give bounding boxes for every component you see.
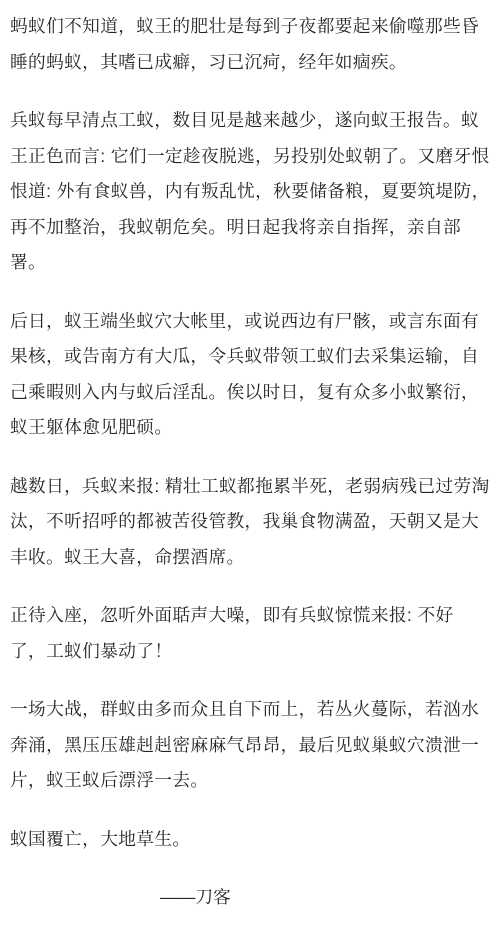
text-line: 奔涌，黑压压雄赳赳密麻麻气昂昂，最后见蚁巢蚁穴溃泄一: [10, 728, 492, 764]
paragraph: 兵蚁每早清点工蚁，数目见是越来越少，遂向蚁王报告。蚁王正色而言: 它们一定趁夜脱…: [10, 103, 492, 281]
text-line: 正待入座，忽听外面聒声大噪，即有兵蚁惊慌来报: 不好: [10, 598, 492, 634]
paragraph: 蚂蚁们不知道，蚁王的肥壮是每到子夜都要起来偷噬那些昏睡的蚂蚁，其嗜已成癖，习已沉…: [10, 9, 492, 80]
story-text: 蚂蚁们不知道，蚁王的肥壮是每到子夜都要起来偷噬那些昏睡的蚂蚁，其嗜已成癖，习已沉…: [10, 9, 492, 857]
text-line: 了，工蚁们暴动了！: [10, 634, 492, 670]
paragraph: 后日，蚁王端坐蚁穴大帐里，或说西边有尸骸，或言东面有果核，或告南方有大瓜，令兵蚁…: [10, 304, 492, 446]
text-line: 一场大战，群蚁由多而众且自下而上，若丛火蔓际，若汹水: [10, 692, 492, 728]
text-line: 片，蚁王蚁后漂浮一去。: [10, 763, 492, 799]
text-line: 越数日，兵蚁来报: 精壮工蚁都拖累半死，老弱病残已过劳淘: [10, 469, 492, 505]
document-page: 蚂蚁们不知道，蚁王的肥壮是每到子夜都要起来偷噬那些昏睡的蚂蚁，其嗜已成癖，习已沉…: [0, 0, 500, 927]
text-line: 睡的蚂蚁，其嗜已成癖，习已沉疴，经年如痼疾。: [10, 45, 492, 81]
text-line: 丰收。蚁王大喜，命摆酒席。: [10, 540, 492, 576]
author-signature: ——刀客: [10, 880, 492, 916]
text-line: 再不加整治，我蚁朝危矣。明日起我将亲自指挥，亲自部: [10, 210, 492, 246]
text-line: 己乘暇则入内与蚁后淫乱。俟以时日，复有众多小蚁繁衍，: [10, 375, 492, 411]
text-line: 后日，蚁王端坐蚁穴大帐里，或说西边有尸骸，或言东面有: [10, 304, 492, 340]
paragraph: 一场大战，群蚁由多而众且自下而上，若丛火蔓际，若汹水奔涌，黑压压雄赳赳密麻麻气昂…: [10, 692, 492, 799]
text-line: 兵蚁每早清点工蚁，数目见是越来越少，遂向蚁王报告。蚁: [10, 103, 492, 139]
paragraph: 正待入座，忽听外面聒声大噪，即有兵蚁惊慌来报: 不好了，工蚁们暴动了！: [10, 598, 492, 669]
text-line: 汰，不听招呼的都被苦役管教，我巢食物满盈，天朝又是大: [10, 504, 492, 540]
text-line: 蚁国覆亡，大地草生。: [10, 822, 492, 858]
paragraph: 越数日，兵蚁来报: 精壮工蚁都拖累半死，老弱病残已过劳淘汰，不听招呼的都被苦役管…: [10, 469, 492, 576]
text-line: 蚂蚁们不知道，蚁王的肥壮是每到子夜都要起来偷噬那些昏: [10, 9, 492, 45]
text-line: 蚁王躯体愈见肥硕。: [10, 410, 492, 446]
paragraph: 蚁国覆亡，大地草生。: [10, 822, 492, 858]
text-line: 署。: [10, 245, 492, 281]
text-line: 恨道: 外有食蚁兽，内有叛乱忧，秋要储备粮，夏要筑堤防，: [10, 174, 492, 210]
text-line: 果核，或告南方有大瓜，令兵蚁带领工蚁们去采集运输，自: [10, 339, 492, 375]
text-line: 王正色而言: 它们一定趁夜脱逃，另投别处蚁朝了。又磨牙恨: [10, 139, 492, 175]
